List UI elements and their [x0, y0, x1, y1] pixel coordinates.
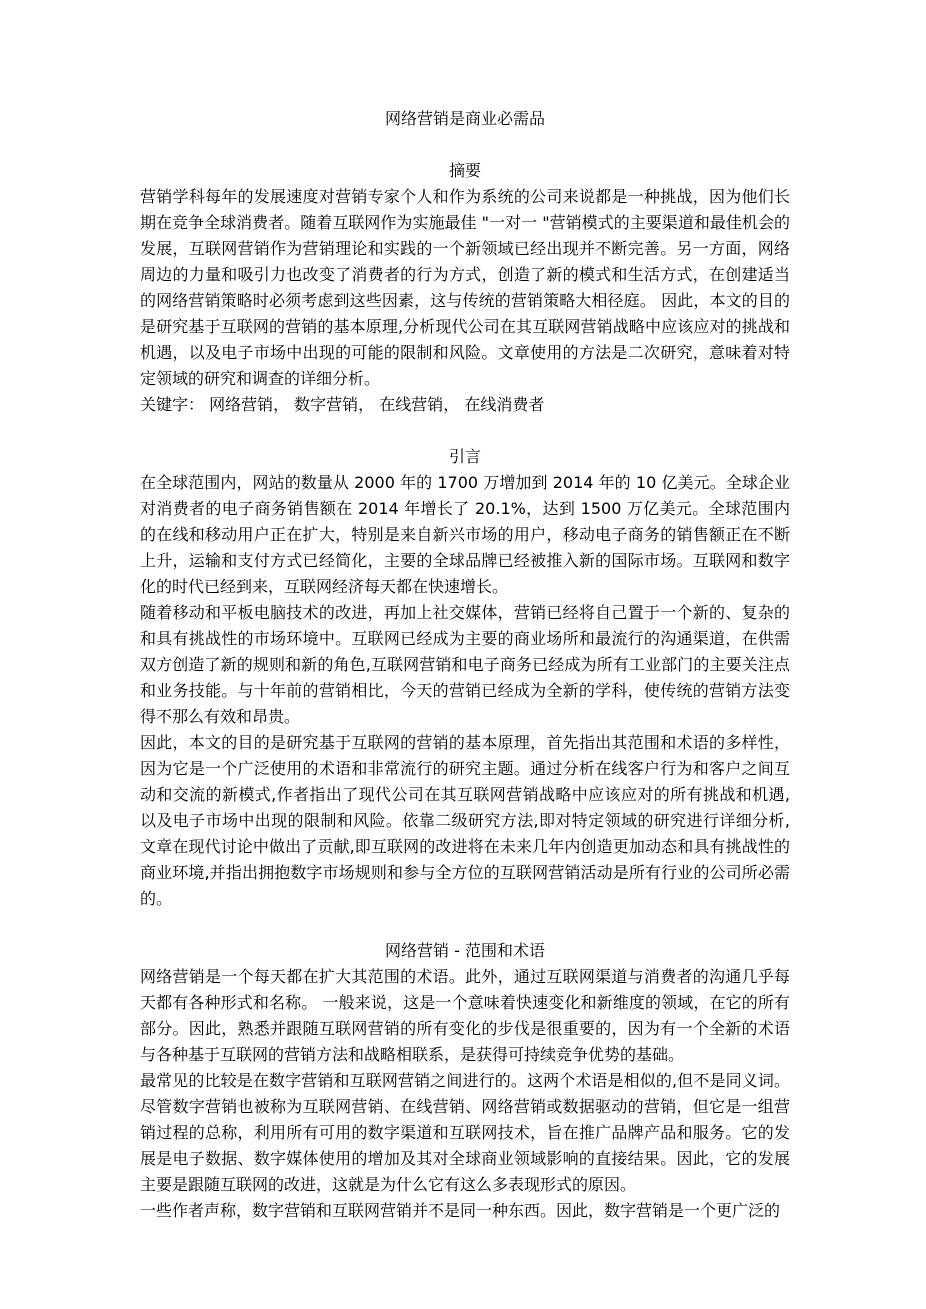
- scope-paragraph-2: 最常见的比较是在数字营销和互联网营销之间进行的。这两个术语是相似的,但不是同义词…: [140, 1068, 790, 1198]
- introduction-heading: 引言: [140, 444, 790, 470]
- document-page: 网络营销是商业必需品 摘要 营销学科每年的发展速度对营销专家个人和作为系统的公司…: [0, 0, 926, 1309]
- keywords-line: 关键字： 网络营销， 数字营销， 在线营销， 在线消费者: [140, 392, 790, 418]
- abstract-heading: 摘要: [140, 158, 790, 184]
- introduction-paragraph-3: 因此，本文的目的是研究基于互联网的营销的基本原理，首先指出其范围和术语的多样性，…: [140, 730, 790, 912]
- document-title: 网络营销是商业必需品: [140, 106, 790, 132]
- scope-paragraph-3: 一些作者声称，数字营销和互联网营销并不是同一种东西。因此，数字营销是一个更广泛的: [140, 1198, 790, 1224]
- abstract-paragraph: 营销学科每年的发展速度对营销专家个人和作为系统的公司来说都是一种挑战，因为他们长…: [140, 184, 790, 392]
- introduction-paragraph-1: 在全球范围内，网站的数量从 2000 年的 1700 万增加到 2014 年的 …: [140, 470, 790, 600]
- scope-paragraph-1: 网络营销是一个每天都在扩大其范围的术语。此外，通过互联网渠道与消费者的沟通几乎每…: [140, 964, 790, 1068]
- scope-section-heading: 网络营销 - 范围和术语: [140, 938, 790, 964]
- introduction-paragraph-2: 随着移动和平板电脑技术的改进，再加上社交媒体，营销已经将自己置于一个新的、复杂的…: [140, 600, 790, 730]
